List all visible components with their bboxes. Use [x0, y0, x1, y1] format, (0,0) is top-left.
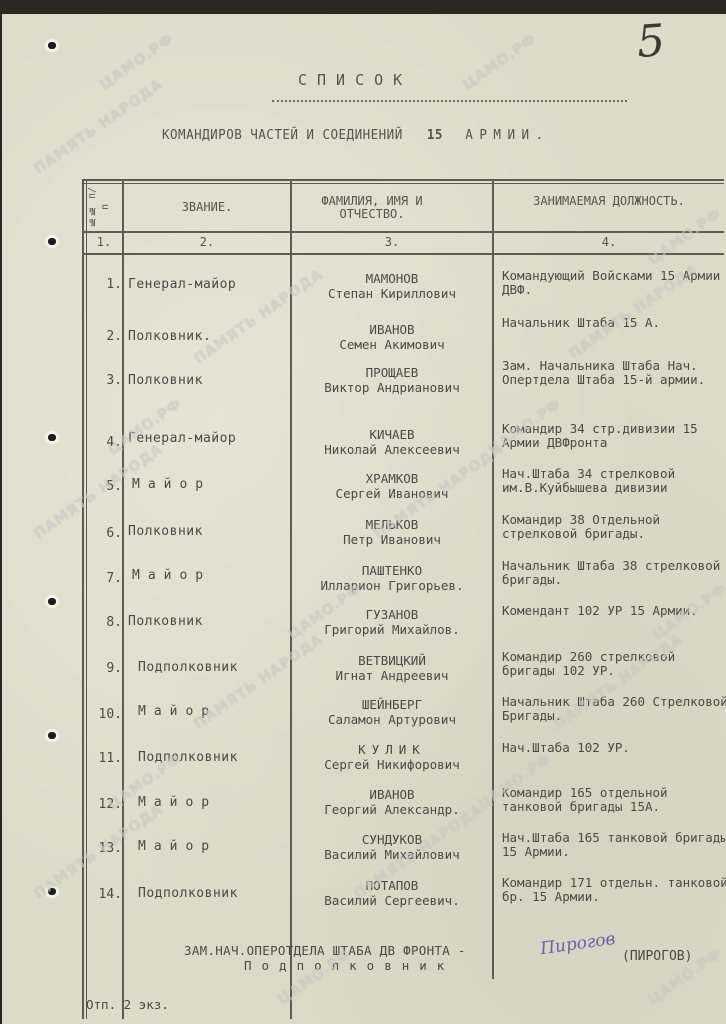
position: Комендант 102 УР 15 Армии.	[502, 604, 726, 618]
rank: Полковник	[128, 373, 203, 388]
punch-hole	[48, 598, 56, 605]
rank: Полковник	[128, 524, 203, 539]
surname: МАМОНОВ	[292, 271, 492, 286]
full-name: ИВАНОВГеоргий Александр.	[292, 787, 492, 817]
full-name: ИВАНОВСемен Акимович	[292, 322, 492, 352]
surname: ИВАНОВ	[292, 787, 492, 802]
punch-hole	[48, 238, 56, 245]
column-number: 4.	[494, 235, 724, 249]
row-number: 2.	[82, 329, 122, 344]
position: Начальник Штаба 260 Стрелковой Бригады.	[502, 695, 726, 723]
signatory-rank: Подполковник	[244, 958, 454, 973]
row-number: 1.	[82, 277, 122, 292]
surname: СУНДУКОВ	[292, 832, 492, 847]
page-number: 5	[635, 15, 666, 68]
project-watermark: ПАМЯТЬ НАРОДА	[31, 76, 166, 177]
surname: МЕЛЬКОВ	[292, 517, 492, 532]
full-name: МАМОНОВСтепан Кириллович	[292, 271, 492, 301]
copies-note: Отп. 2 экз.	[86, 997, 169, 1012]
surname: КУЛИК	[292, 742, 492, 757]
archive-watermark: ЦАМО.РФ	[97, 31, 177, 94]
given-names: Сергей Никифорович	[292, 757, 492, 772]
punch-hole	[48, 434, 56, 441]
full-name: ПОТАПОВВасилий Сергеевич.	[292, 878, 492, 908]
surname: ПОТАПОВ	[292, 878, 492, 893]
column-number: 1.	[86, 235, 122, 249]
surname: ВЕТВИЦКИЙ	[292, 653, 492, 668]
position: Командир 34 стр.дивизии 15 Армии ДВФронт…	[502, 422, 726, 450]
position: Начальник Штаба 15 А.	[502, 316, 726, 330]
rank: Подполковник	[138, 660, 238, 675]
row-number: 14.	[82, 887, 122, 902]
column-divider-3	[492, 179, 494, 979]
given-names: Саламон Артурович	[292, 712, 492, 727]
header-position: ЗАНИМАЕМАЯ ДОЛЖНОСТЬ.	[494, 195, 724, 208]
full-name: СУНДУКОВВасилий Михайлович	[292, 832, 492, 862]
table-border-top-inner	[82, 183, 724, 184]
position: Начальник Штаба 38 стрелковой бригады.	[502, 559, 726, 587]
column-number: 2.	[124, 235, 290, 249]
rank: Подполковник	[138, 886, 238, 901]
position: Командир 260 стрелковой бригады 102 УР.	[502, 650, 726, 678]
punch-hole	[48, 42, 56, 49]
rank: Майор	[138, 704, 217, 719]
subtitle-army: АРМИИ.	[465, 127, 549, 143]
document-subtitle: КОМАНДИРОВ ЧАСТЕЙ И СОЕДИНЕНИЙ15АРМИИ.	[162, 127, 550, 143]
row-number: 12.	[82, 797, 122, 812]
position: Командир 171 отдельн. танковой бр. 15 Ар…	[502, 876, 726, 904]
punch-hole	[48, 888, 56, 895]
rank: Майор	[132, 568, 211, 583]
position: Нач.Штаба 102 УР.	[502, 741, 726, 755]
position: Командующий Войсками 15 Армии ДВФ.	[502, 269, 726, 297]
full-name: ПАШТЕНКОИлларион Григорьев.	[292, 563, 492, 593]
given-names: Степан Кириллович	[292, 286, 492, 301]
commanders-table: №№ п/п ЗВАНИЕ. ФАМИЛИЯ, ИМЯ И ОТЧЕСТВО. …	[82, 179, 722, 1024]
table-border-top	[82, 179, 724, 181]
subtitle-text: КОМАНДИРОВ ЧАСТЕЙ И СОЕДИНЕНИЙ	[162, 127, 403, 143]
row-number: 5.	[82, 479, 122, 494]
rank: Генерал-майор	[128, 431, 236, 446]
document-page: 5 СПИСОК КОМАНДИРОВ ЧАСТЕЙ И СОЕДИНЕНИЙ1…	[2, 14, 726, 1024]
header-divider	[82, 231, 724, 233]
row-number: 7.	[82, 571, 122, 586]
subtitle-army-number: 15	[427, 127, 443, 143]
full-name: ПРОЩАЕВВиктор Андрианович	[292, 365, 492, 395]
column-number: 3.	[292, 235, 492, 249]
column-divider-1	[122, 179, 124, 1019]
row-number: 3.	[82, 373, 122, 388]
position: Нач.Штаба 165 танковой бригады 15 Армии.	[502, 831, 726, 859]
position: Командир 38 Отдельной стрелковой бригады…	[502, 513, 726, 541]
signatory-title: ЗАМ.НАЧ.ОПЕРОТДЕЛА ШТАБА ДВ ФРОНТА -	[184, 943, 466, 958]
full-name: КУЛИКСергей Никифорович	[292, 742, 492, 772]
column-number-divider	[82, 253, 724, 255]
full-name: ХРАМКОВСергей Иванович	[292, 471, 492, 501]
given-names: Илларион Григорьев.	[292, 578, 492, 593]
row-number: 13.	[82, 841, 122, 856]
row-number: 11.	[82, 751, 122, 766]
signatory-name: (ПИРОГОВ)	[622, 949, 692, 964]
given-names: Петр Иванович	[292, 532, 492, 547]
header-num: №№ п/п	[86, 185, 122, 229]
rank: Подполковник	[138, 750, 238, 765]
punch-hole	[48, 732, 56, 739]
row-number: 4.	[82, 435, 122, 450]
surname: ПАШТЕНКО	[292, 563, 492, 578]
header-name: ФАМИЛИЯ, ИМЯ И ОТЧЕСТВО.	[302, 195, 442, 221]
row-number: 8.	[82, 615, 122, 630]
rank: Майор	[132, 477, 211, 492]
row-number: 9.	[82, 661, 122, 676]
rank: Генерал-майор	[128, 277, 236, 292]
given-names: Семен Акимович	[292, 337, 492, 352]
given-names: Сергей Иванович	[292, 486, 492, 501]
position: Зам. Начальника Штаба Нач. Опертдела Шта…	[502, 359, 726, 387]
position: Командир 165 отдельной танковой бригады …	[502, 786, 726, 814]
full-name: ГУЗАНОВГригорий Михайлов.	[292, 607, 492, 637]
given-names: Григорий Михайлов.	[292, 622, 492, 637]
full-name: ВЕТВИЦКИЙИгнат Андреевич	[292, 653, 492, 683]
row-number: 6.	[82, 526, 122, 541]
document-title: СПИСОК	[298, 71, 412, 89]
given-names: Игнат Андреевич	[292, 668, 492, 683]
given-names: Василий Сергеевич.	[292, 893, 492, 908]
header-rank: ЗВАНИЕ.	[124, 201, 290, 214]
given-names: Виктор Андрианович	[292, 380, 492, 395]
surname: КИЧАЕВ	[292, 427, 492, 442]
full-name: ШЕЙНБЕРГСаламон Артурович	[292, 697, 492, 727]
given-names: Георгий Александр.	[292, 802, 492, 817]
rank: Майор	[138, 839, 217, 854]
full-name: МЕЛЬКОВПетр Иванович	[292, 517, 492, 547]
archive-watermark: ЦАМО.РФ	[460, 31, 540, 94]
surname: ИВАНОВ	[292, 322, 492, 337]
row-number: 10.	[82, 707, 122, 722]
surname: ПРОЩАЕВ	[292, 365, 492, 380]
surname: ГУЗАНОВ	[292, 607, 492, 622]
given-names: Николай Алексеевич	[292, 442, 492, 457]
surname: ШЕЙНБЕРГ	[292, 697, 492, 712]
rank: Майор	[138, 795, 217, 810]
rank: Полковник.	[128, 329, 211, 344]
position: Нач.Штаба 34 стрелковой им.В.Куйбышева д…	[502, 467, 726, 495]
rank: Полковник	[128, 614, 203, 629]
full-name: КИЧАЕВНиколай Алексеевич	[292, 427, 492, 457]
surname: ХРАМКОВ	[292, 471, 492, 486]
given-names: Василий Михайлович	[292, 847, 492, 862]
title-underline	[272, 100, 627, 102]
